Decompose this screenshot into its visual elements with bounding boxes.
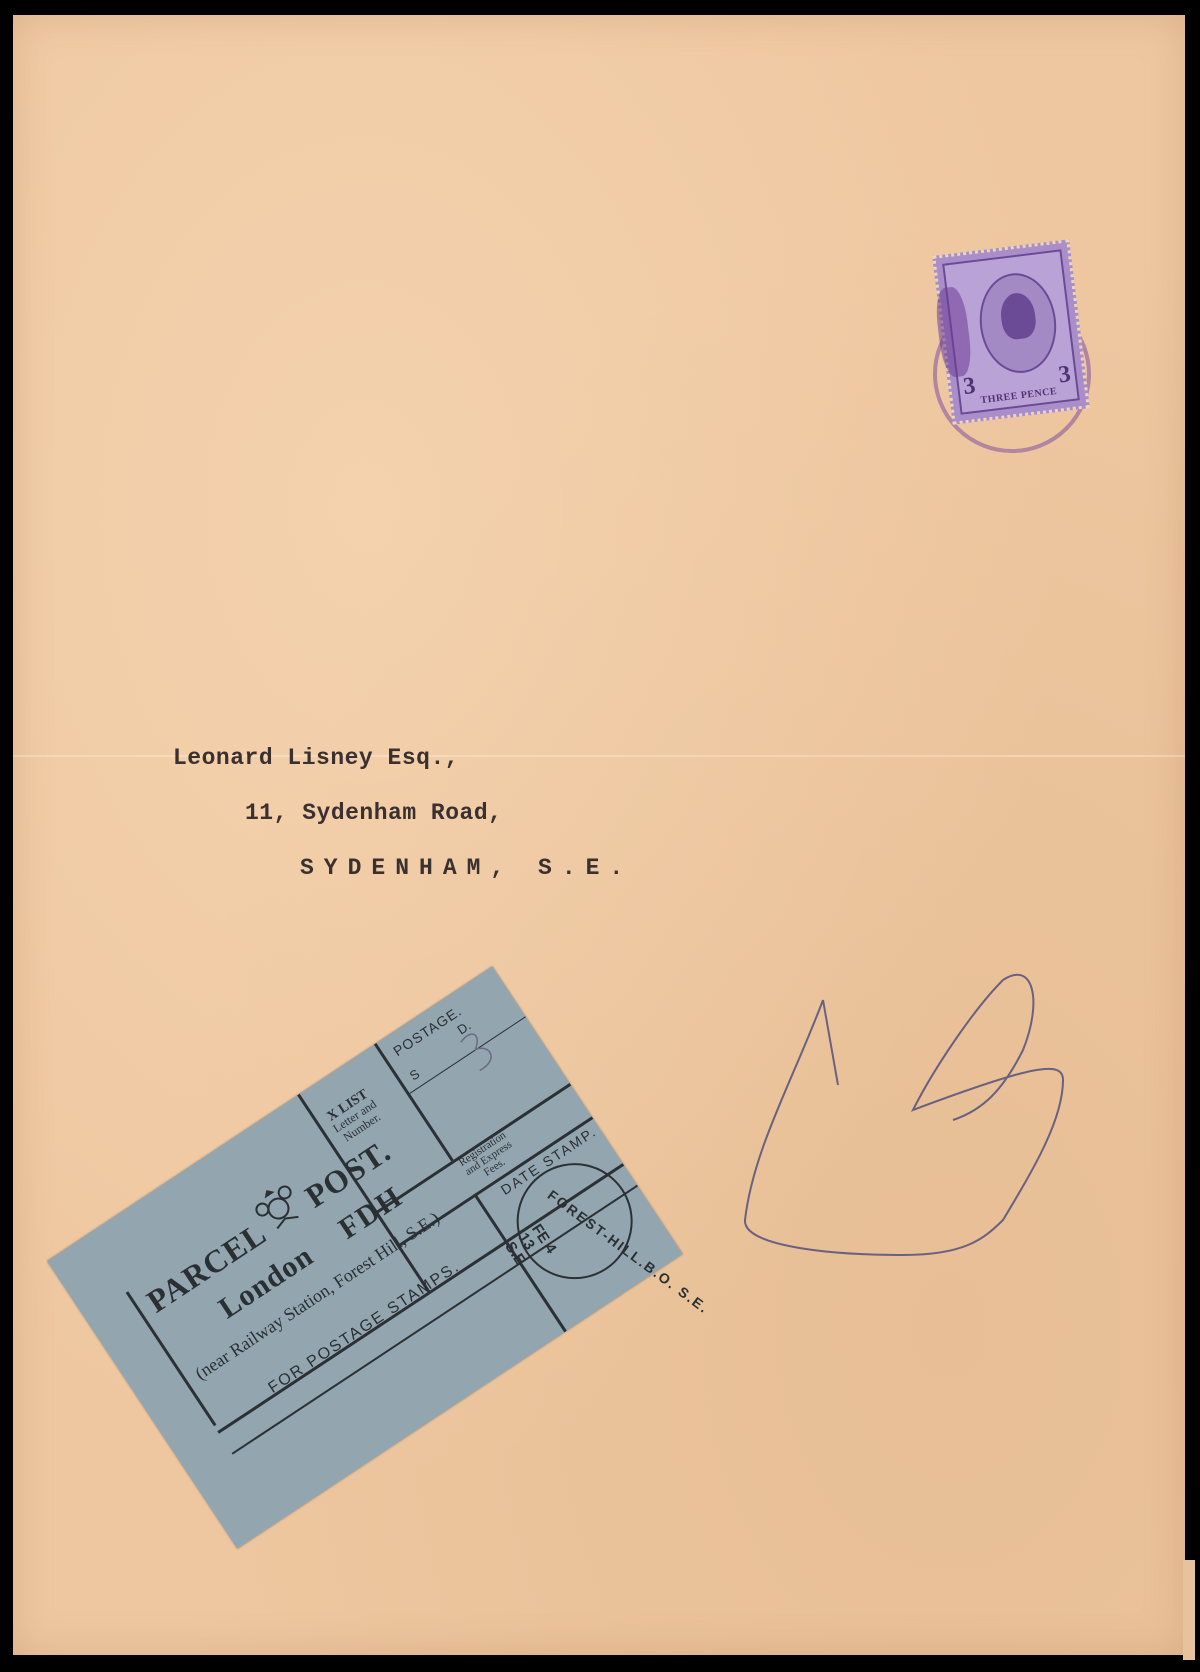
- label-col-s: S: [407, 1066, 423, 1083]
- pencil-numeral-3: [703, 970, 1103, 1290]
- parcel-post-label: PARCEL POST. London FDH (near Railway St…: [47, 966, 683, 1548]
- envelope: 3 3 THREE PENCE Leonard Lisney Esq., 11,…: [13, 15, 1185, 1655]
- label-rule-postage: [374, 1043, 454, 1161]
- stamp-portrait-oval: [974, 269, 1062, 378]
- address-town: SYDENHAM, S.E.: [300, 855, 633, 881]
- torn-edge: [1183, 1560, 1195, 1660]
- address-street: 11, Sydenham Road,: [245, 800, 502, 826]
- address-recipient: Leonard Lisney Esq.,: [173, 745, 459, 771]
- label-postage-header: POSTAGE.: [390, 1002, 464, 1059]
- king-portrait-icon: [998, 291, 1037, 341]
- stamp-caption: THREE PENCE: [961, 383, 1077, 408]
- postage-stamp: 3 3 THREE PENCE: [932, 239, 1090, 425]
